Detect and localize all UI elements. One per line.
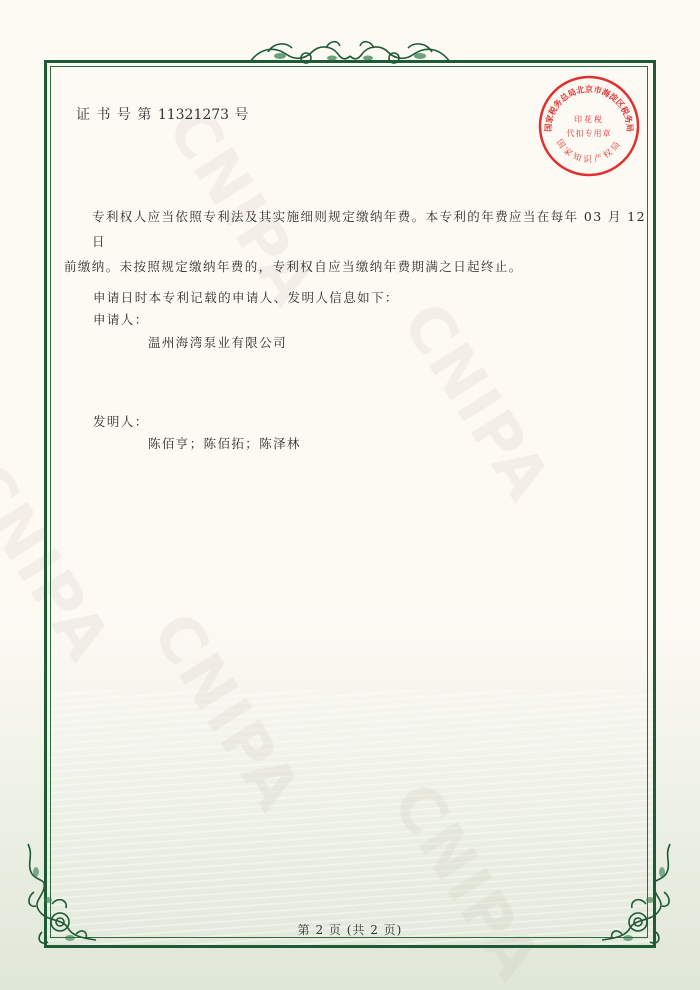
inventor-label: 发明人： xyxy=(93,412,149,430)
top-ornament-icon xyxy=(246,38,454,68)
fee-notice-line1: 专利权人应当依照专利法及其实施细则规定缴纳年费。本专利的年费应当在每年 03 月… xyxy=(80,204,654,254)
certificate-border-inner xyxy=(50,66,648,938)
certificate-number-value: 11321273 xyxy=(158,107,229,123)
seal-bottom-text: 国家知识产权局 xyxy=(554,138,625,165)
fee-notice-paragraph: 专利权人应当依照专利法及其实施细则规定缴纳年费。本专利的年费应当在每年 03 月… xyxy=(80,204,654,279)
applicant-name: 温州海湾泵业有限公司 xyxy=(148,333,287,351)
svg-text:国家知识产权局: 国家知识产权局 xyxy=(554,138,625,165)
official-seal-stamp: 国家税务总局北京市海淀区税务局 印花税 代扣专用章 国家知识产权局 xyxy=(537,74,641,178)
applicant-label: 申请人： xyxy=(93,310,149,328)
svg-text:国家税务总局北京市海淀区税务局: 国家税务总局北京市海淀区税务局 xyxy=(543,84,635,132)
seal-outer-text: 国家税务总局北京市海淀区税务局 xyxy=(543,84,635,132)
seal-inner-line2: 代扣专用章 xyxy=(567,128,612,138)
page-number: 第 2 页 (共 2 页) xyxy=(0,921,700,938)
fee-notice-line2: 前缴纳。未按照规定缴纳年费的，专利权自应当缴纳年费期满之日起终止。 xyxy=(64,254,654,279)
inventor-names: 陈佰亨；陈佰拓；陈泽林 xyxy=(148,434,301,452)
certificate-number: 证 书 号 第 11321273 号 xyxy=(76,104,250,124)
certificate-number-prefix: 证 书 号 第 xyxy=(76,107,152,123)
seal-inner-line1: 印花税 xyxy=(574,114,604,124)
record-info-intro: 申请日时本专利记载的申请人、发明人信息如下： xyxy=(93,288,399,306)
certificate-number-suffix: 号 xyxy=(235,107,250,123)
